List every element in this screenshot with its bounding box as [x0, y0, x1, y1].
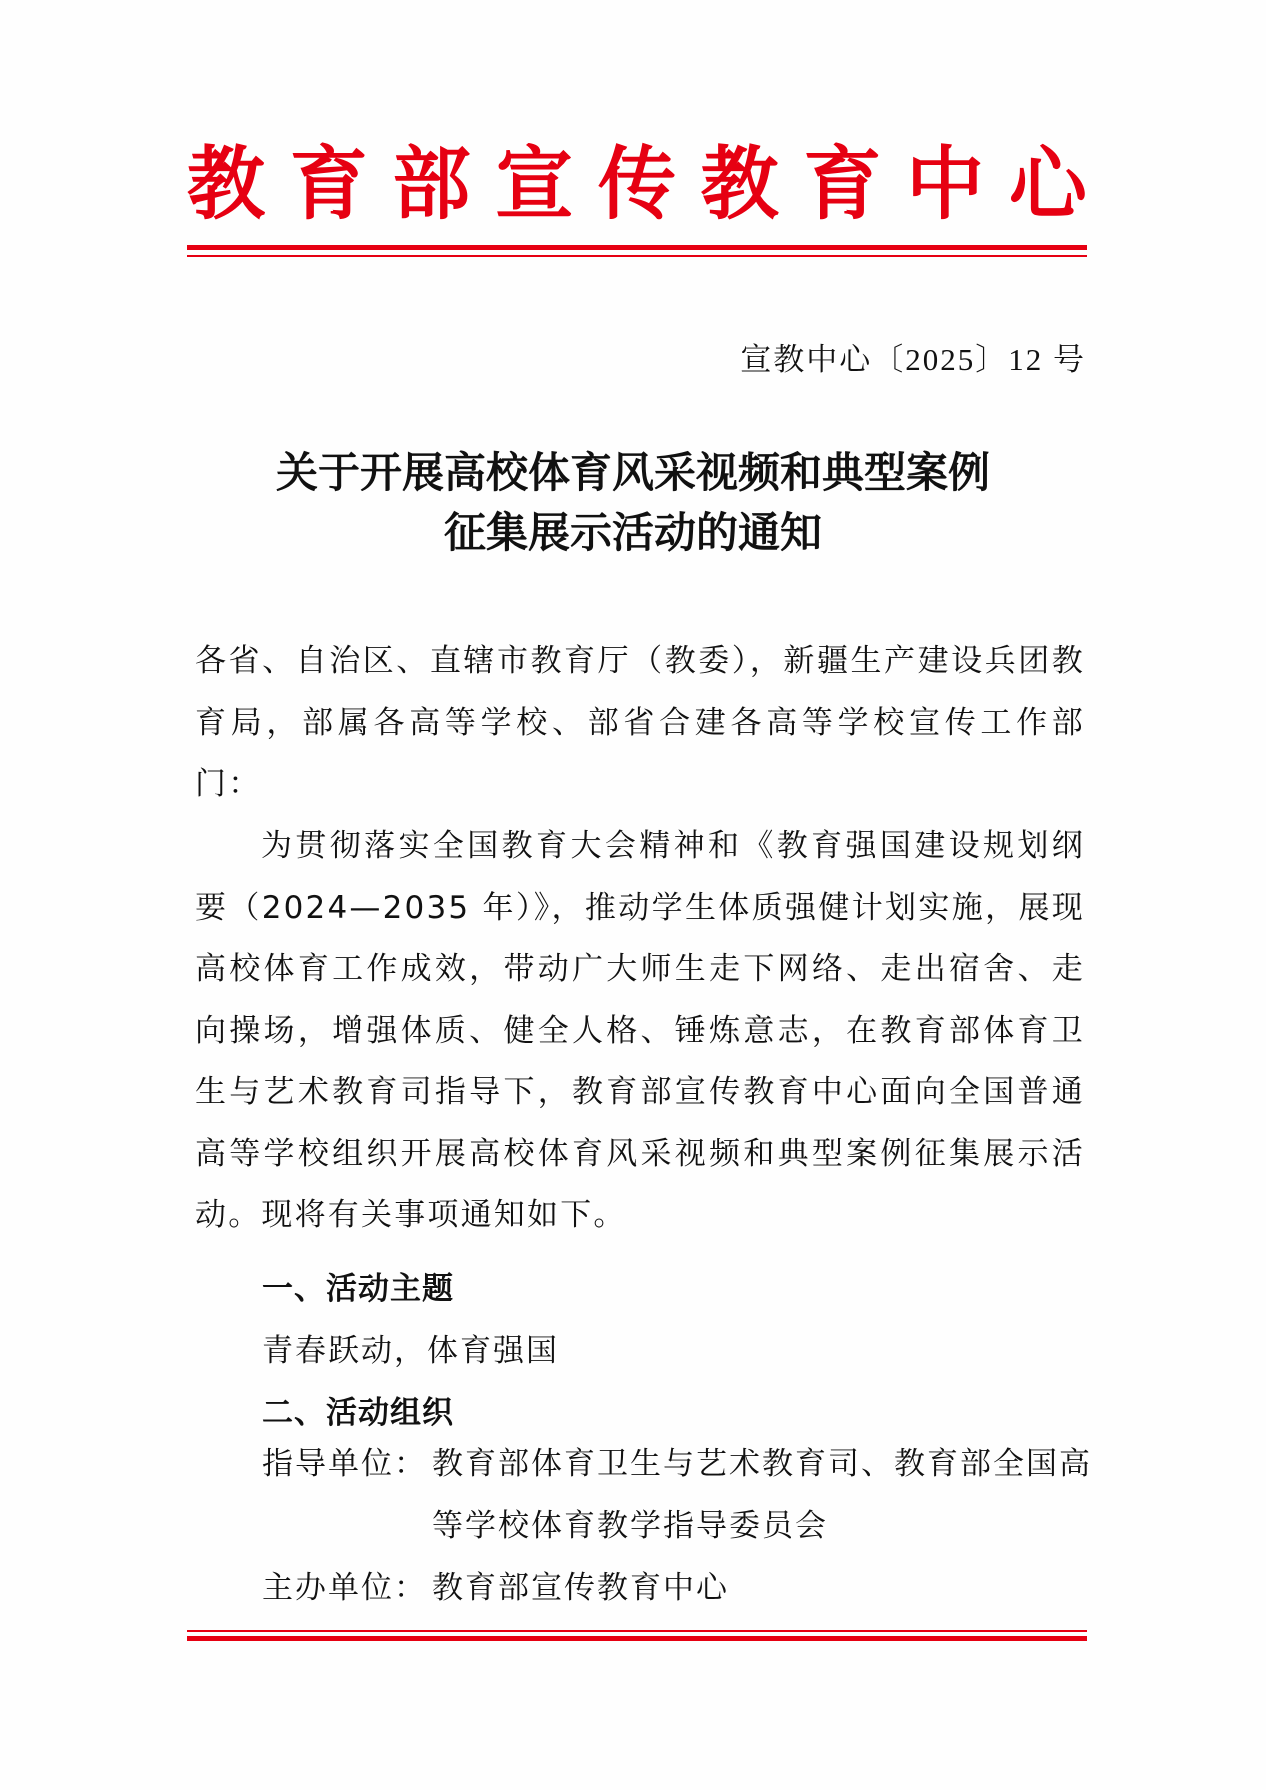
masthead-char: 育 — [290, 145, 368, 225]
title-line-1: 关于开展高校体育风采视频和典型案例 — [0, 452, 1266, 494]
masthead-char: 心 — [1009, 145, 1087, 225]
document-page: 教 育 部 宣 传 教 育 中 心 宣教中心〔2025〕12 号 关于开展高校体… — [0, 0, 1266, 1790]
header-rule-thick — [187, 245, 1087, 250]
masthead-char: 教 — [187, 145, 265, 225]
salutation: 各省、自治区、直辖市教育厅（教委），新疆生产建设兵团教育局，部属各高等学校、部省… — [195, 631, 1085, 816]
masthead-char: 宣 — [495, 145, 573, 225]
org-row-host: 主办单位： 教育部宣传教育中心 — [262, 1558, 1092, 1620]
section-heading-theme: 一、活动主题 — [262, 1263, 454, 1308]
org-label: 指导单位： — [262, 1434, 432, 1557]
masthead-char: 教 — [701, 145, 779, 225]
masthead-char: 部 — [392, 145, 470, 225]
intro-paragraph: 为贯彻落实全国教育大会精神和《教育强国建设规划纲要（2024—2035 年）》，… — [195, 816, 1085, 1247]
org-value: 教育部体育卫生与艺术教育司、教育部全国高等学校体育教学指导委员会 — [432, 1434, 1092, 1557]
masthead-char: 传 — [598, 145, 676, 225]
footer-rule-thick — [187, 1636, 1087, 1641]
document-number: 宣教中心〔2025〕12 号 — [740, 334, 1086, 379]
footer-rule-thin — [187, 1630, 1087, 1632]
section-heading-organization: 二、活动组织 — [262, 1387, 454, 1432]
org-row-guidance: 指导单位： 教育部体育卫生与艺术教育司、教育部全国高等学校体育教学指导委员会 — [262, 1434, 1092, 1557]
masthead-char: 中 — [906, 145, 984, 225]
title-line-2: 征集展示活动的通知 — [0, 512, 1266, 554]
org-value: 教育部宣传教育中心 — [432, 1558, 1092, 1620]
masthead-org-name: 教 育 部 宣 传 教 育 中 心 — [187, 140, 1087, 230]
masthead-char: 育 — [803, 145, 881, 225]
header-rule-thin — [187, 255, 1087, 257]
org-label: 主办单位： — [262, 1558, 432, 1620]
section-theme-content: 青春跃动，体育强国 — [262, 1325, 559, 1370]
